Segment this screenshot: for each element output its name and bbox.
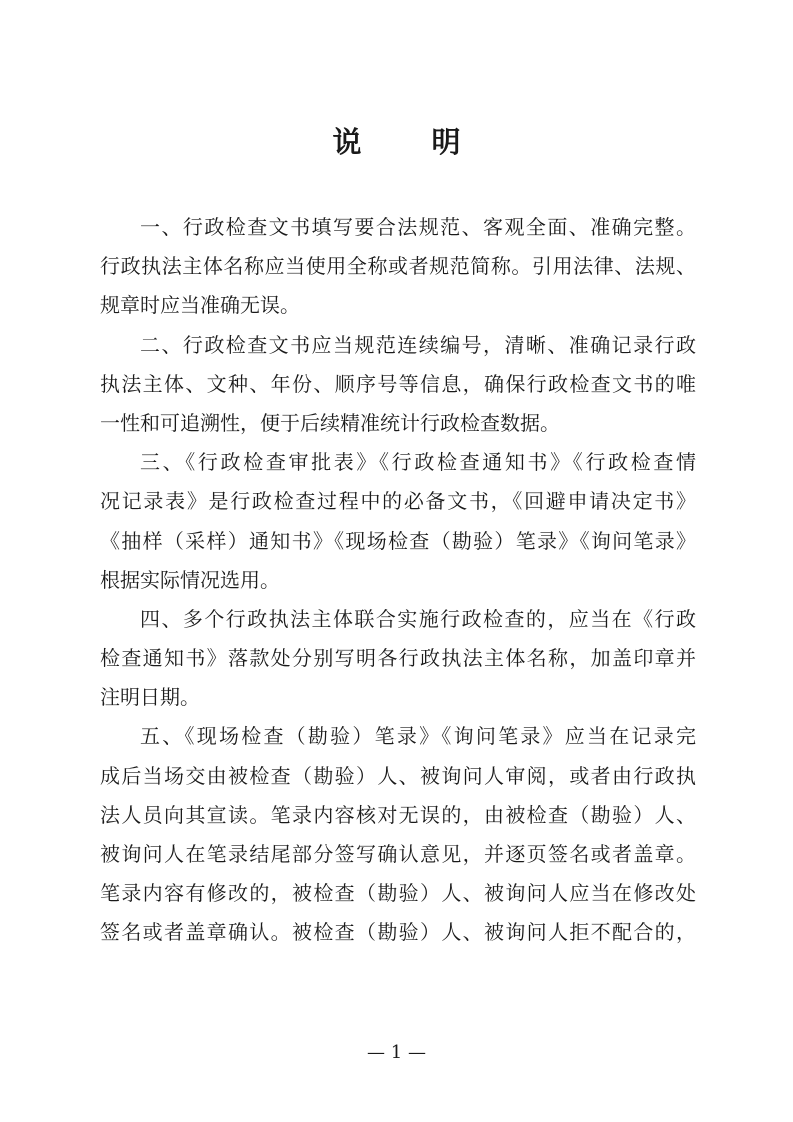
paragraph-1: 一、行政检查文书填写要合法规范、客观全面、准确完整。 行政执法主体名称应当使用全… <box>100 208 696 326</box>
text-line: 《抽样（采样）通知书》《现场检查（勘验）笔录》《询问笔录》 <box>100 522 696 561</box>
text-line: 被询问人在笔录结尾部分签写确认意见，并逐页签名或者盖章。 <box>100 835 696 874</box>
paragraph-2: 二、行政检查文书应当规范连续编号，清晰、准确记录行政 执法主体、文种、年份、顺序… <box>100 326 696 444</box>
text-line: 签名或者盖章确认。被检查（勘验）人、被询问人拒不配合的， <box>100 913 696 952</box>
text-line: 注明日期。 <box>100 678 696 717</box>
text-line: 三、《行政检查审批表》《行政检查通知书》《行政检查情 <box>100 443 696 482</box>
text-line: 规章时应当准确无误。 <box>100 286 696 325</box>
paragraph-4: 四、多个行政执法主体联合实施行政检查的，应当在《行政 检查通知书》落款处分别写明… <box>100 600 696 718</box>
text-line: 根据实际情况选用。 <box>100 561 696 600</box>
text-line: 执法主体、文种、年份、顺序号等信息，确保行政检查文书的唯 <box>100 365 696 404</box>
text-line: 况记录表》是行政检查过程中的必备文书，《回避申请决定书》 <box>100 482 696 521</box>
document-body: 一、行政检查文书填写要合法规范、客观全面、准确完整。 行政执法主体名称应当使用全… <box>100 208 696 953</box>
text-line: 五、《现场检查（勘验）笔录》《询问笔录》应当在记录完 <box>100 717 696 756</box>
text-line: 二、行政检查文书应当规范连续编号，清晰、准确记录行政 <box>100 326 696 365</box>
text-line: 一、行政检查文书填写要合法规范、客观全面、准确完整。 <box>100 208 696 247</box>
text-line: 检查通知书》落款处分别写明各行政执法主体名称，加盖印章并 <box>100 639 696 678</box>
text-line: 法人员向其宣读。笔录内容核对无误的，由被检查（勘验）人、 <box>100 796 696 835</box>
text-line: 一性和可追溯性，便于后续精准统计行政检查数据。 <box>100 404 696 443</box>
paragraph-5: 五、《现场检查（勘验）笔录》《询问笔录》应当在记录完 成后当场交由被检查（勘验）… <box>100 717 696 952</box>
document-title: 说 明 <box>0 122 793 162</box>
text-line: 四、多个行政执法主体联合实施行政检查的，应当在《行政 <box>100 600 696 639</box>
page-number: — 1 — <box>0 1040 793 1066</box>
text-line: 成后当场交由被检查（勘验）人、被询问人审阅，或者由行政执 <box>100 757 696 796</box>
paragraph-3: 三、《行政检查审批表》《行政检查通知书》《行政检查情 况记录表》是行政检查过程中… <box>100 443 696 600</box>
text-line: 笔录内容有修改的，被检查（勘验）人、被询问人应当在修改处 <box>100 874 696 913</box>
text-line: 行政执法主体名称应当使用全称或者规范简称。引用法律、法规、 <box>100 247 696 286</box>
